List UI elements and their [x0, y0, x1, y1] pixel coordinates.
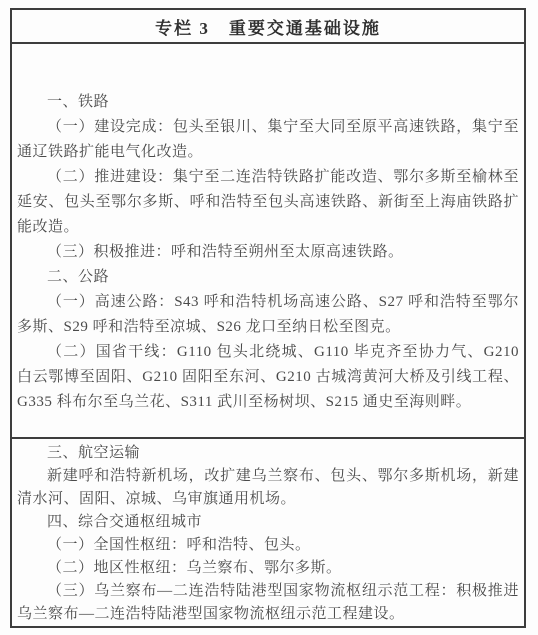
paragraph: （二）推进建设：集宁至二连浩特铁路扩能改造、鄂尔多斯至榆林至延安、包头至鄂尔多斯… — [17, 165, 519, 240]
paragraph: （三）积极推进：呼和浩特至朔州至太原高速铁路。 — [17, 240, 519, 265]
paragraph: （一）高速公路：S43 呼和浩特机场高速公路、S27 呼和浩特至鄂尔多斯、S29… — [17, 290, 519, 340]
panel-title: 专栏 3 重要交通基础设施 — [12, 10, 524, 44]
paragraph: （二）地区性枢纽：乌兰察布、鄂尔多斯。 — [17, 557, 519, 580]
paragraph: 新建呼和浩特新机场，改扩建乌兰察布、包头、鄂尔多斯机场，新建清水河、固阳、凉城、… — [17, 465, 519, 511]
section-railway-highway: 一、铁路（一）建设完成：包头至银川、集宁至大同至原平高速铁路，集宁至通辽铁路扩能… — [12, 44, 524, 437]
paragraph: （三）乌兰察布—二连浩特陆港型国家物流枢纽示范工程：积极推进乌兰察布—二连浩特陆… — [17, 580, 519, 626]
section-heading: 四、综合交通枢纽城市 — [17, 511, 519, 534]
section-heading: 二、公路 — [17, 265, 519, 290]
paragraph: （一）建设完成：包头至银川、集宁至大同至原平高速铁路，集宁至通辽铁路扩能电气化改… — [17, 115, 519, 165]
section-aviation-hubs: 三、航空运输新建呼和浩特新机场，改扩建乌兰察布、包头、鄂尔多斯机场，新建清水河、… — [12, 437, 524, 626]
section-heading: 三、航空运输 — [17, 442, 519, 465]
paragraph: （二）国省干线：G110 包头北绕城、G110 毕克齐至协力气、G210 白云鄂… — [17, 340, 519, 415]
infobox-important-transport-infrastructure: 专栏 3 重要交通基础设施 一、铁路（一）建设完成：包头至银川、集宁至大同至原平… — [10, 8, 526, 628]
section-heading: 一、铁路 — [17, 90, 519, 115]
paragraph: （一）全国性枢纽：呼和浩特、包头。 — [17, 534, 519, 557]
